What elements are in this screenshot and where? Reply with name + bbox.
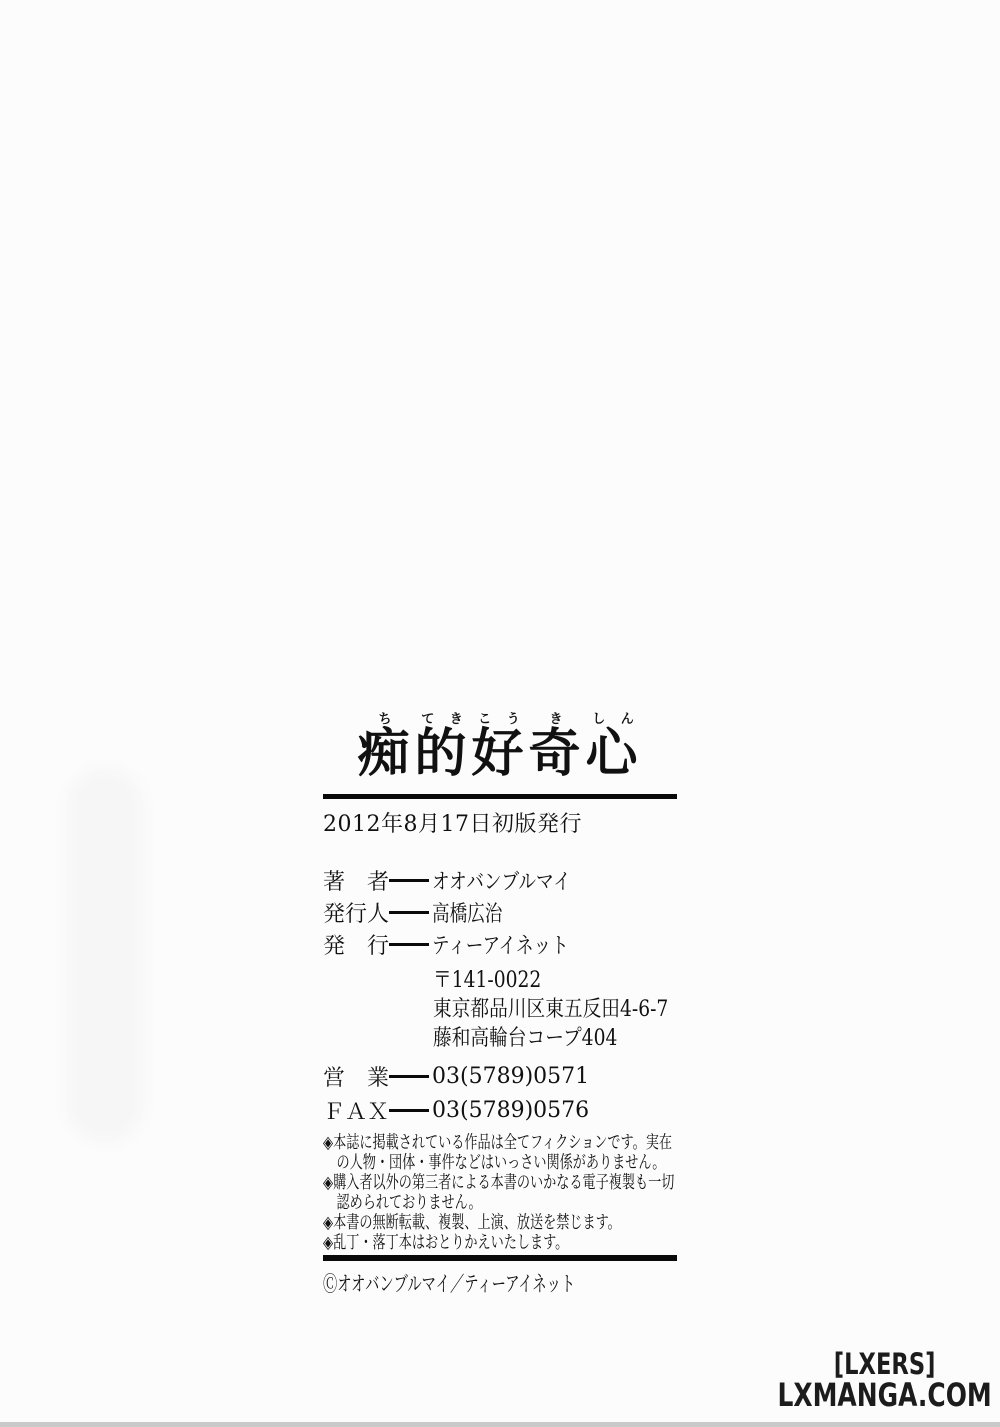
credit-value: オオバンブルマイ (432, 865, 571, 896)
title-char-base: 的 (414, 723, 471, 784)
credit-label: 著 者 (323, 865, 389, 896)
title-char-furigana: き (529, 712, 586, 727)
edition-date: 2012年8月17日初版発行 (323, 807, 677, 838)
book-title: 痴ち的てき好こう奇き心しん (323, 712, 677, 780)
title-character: 心しん (586, 723, 643, 784)
credit-label: 発行人 (323, 897, 389, 928)
address-line2: 藤和高輪台コープ404 (433, 1024, 688, 1053)
footer-rule (323, 1255, 677, 1261)
credit-value: 高橋広治 (432, 897, 502, 928)
leader-dash (389, 911, 429, 914)
credit-row-issuer: 発行人 高橋広治 (323, 896, 677, 928)
credit-label: 発 行 (323, 929, 389, 960)
contact-label: ＦＡＸ (323, 1095, 389, 1126)
site-watermark: [LXERS] LXMANGA.COM (778, 1349, 992, 1413)
contact-value: 03(5789)0571 (432, 1064, 589, 1089)
scan-smudge-artifact (66, 768, 144, 1143)
title-char-furigana: こう (471, 712, 528, 727)
leader-dash (389, 943, 429, 946)
copyright-line: Ⓒオオバンブルマイ／ティーアイネット (323, 1268, 677, 1298)
title-char-furigana: てき (414, 712, 471, 727)
title-char-base: 痴 (357, 723, 414, 784)
contact-value: 03(5789)0576 (432, 1098, 589, 1123)
credit-row-publisher: 発 行 ティーアイネット (323, 928, 677, 960)
contact-label: 営 業 (323, 1061, 389, 1092)
title-character: 的てき (414, 723, 471, 784)
leader-dash (389, 1075, 429, 1078)
colophon-block: 痴ち的てき好こう奇き心しん 2012年8月17日初版発行 著 者 オオバンブルマ… (323, 712, 677, 1298)
watermark-site-name: LXMANGA.COM (778, 1379, 992, 1413)
contacts-list: 営 業 03(5789)0571 ＦＡＸ 03(5789)0576 (323, 1059, 677, 1127)
contact-row-fax: ＦＡＸ 03(5789)0576 (323, 1093, 677, 1127)
title-underline-rule (323, 794, 677, 799)
legal-notices: ◈本誌に掲載されている作品は全てフィクションです。実在の人物・団体・事件などはい… (323, 1133, 677, 1253)
title-char-furigana: ち (357, 712, 414, 727)
credit-row-author: 著 者 オオバンブルマイ (323, 864, 677, 896)
notice-digital-copy: ◈購入者以外の第三者による本書のいかなる電子複製も一切認められておりません。 (323, 1173, 677, 1213)
address-line1: 東京都品川区東五反田4-6-7 (433, 995, 688, 1024)
scan-bottom-edge (0, 1422, 1000, 1427)
notice-fiction-disclaimer: ◈本誌に掲載されている作品は全てフィクションです。実在の人物・団体・事件などはい… (323, 1133, 677, 1173)
title-character: 痴ち (357, 723, 414, 784)
publisher-address: 〒141-0022 東京都品川区東五反田4-6-7 藤和高輪台コープ404 (433, 966, 688, 1053)
address-postal-code: 〒141-0022 (433, 966, 688, 995)
credit-value: ティーアイネット (432, 929, 569, 960)
title-char-base: 好 (471, 723, 528, 784)
title-char-furigana: しん (586, 712, 643, 727)
title-char-base: 奇 (529, 723, 586, 784)
title-char-base: 心 (586, 723, 643, 784)
scanned-colophon-page: 痴ち的てき好こう奇き心しん 2012年8月17日初版発行 著 者 オオバンブルマ… (0, 0, 1000, 1427)
leader-dash (389, 1109, 429, 1112)
credits-list: 著 者 オオバンブルマイ 発行人 高橋広治 発 行 ティーアイネット (323, 864, 677, 960)
watermark-group-name: [LXERS] (778, 1349, 992, 1379)
title-character: 奇き (529, 723, 586, 784)
leader-dash (389, 879, 429, 882)
notice-defective-copy: ◈乱丁・落丁本はおとりかえいたします。 (323, 1233, 677, 1253)
title-character: 好こう (471, 723, 528, 784)
notice-reproduction: ◈本書の無断転載、複製、上演、放送を禁じます。 (323, 1213, 677, 1233)
contact-row-sales: 営 業 03(5789)0571 (323, 1059, 677, 1093)
